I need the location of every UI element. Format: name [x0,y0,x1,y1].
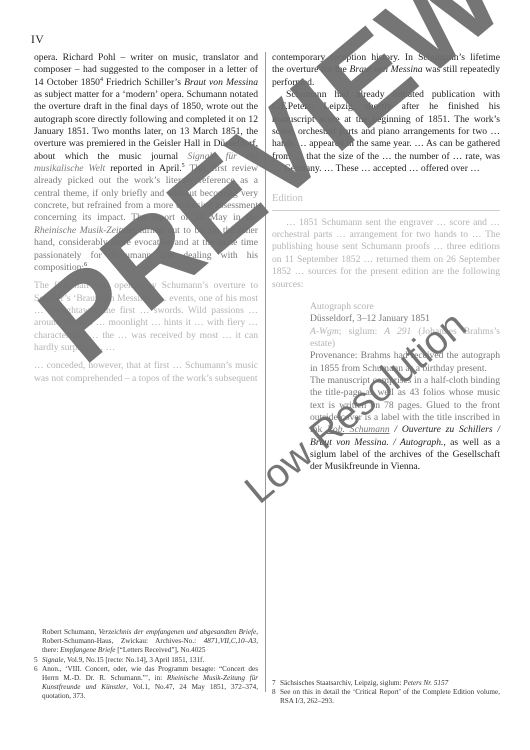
left-column: opera. Richard Pohl – writer on music, t… [34,52,258,385]
journal-title: Rheinische Musik-Zeitung [34,225,136,236]
paragraph: Schumann had already initiated publicati… [272,89,500,175]
work-title: Braut von Messina [349,64,422,75]
source-description: Autograph score Düsseldorf, 3–12 January… [310,301,500,474]
source-description-text: The manuscript comprises in a half-cloth… [310,375,500,474]
footnotes-right: 7 Sächsisches Staatsarchiv, Leipzig, sig… [272,679,500,707]
footnote-ref[interactable]: 6 [84,262,87,268]
source-siglum: A-Wgm; siglum: A 291 (Johannes Brahms’s … [310,326,500,351]
right-column: contemporary reception history. In Schum… [272,52,500,474]
footnote: 8 See on this in detail the ‘Critical Re… [272,688,500,706]
paragraph: contemporary reception history. In Schum… [272,52,500,89]
footnote: 5 Signale, Vol.9, No.15 [recte: No.14], … [34,656,258,665]
source-date: Düsseldorf, 3–12 January 1851 [310,313,500,325]
paragraph: … conceded, however, that at first … Sch… [34,360,258,385]
column-divider [265,52,266,692]
paragraph: … 1851 Schumann sent the engraver … scor… [272,217,500,291]
source-provenance: Provenance: Brahms had received the auto… [310,350,500,375]
page-number: IV [31,34,44,46]
footnote: 7 Sächsisches Staatsarchiv, Leipzig, sig… [272,679,500,688]
work-title: Braut von Messina [184,77,258,88]
footnote: 6 Anon., ‘VIII. Concert, oder, wie das P… [34,665,258,702]
source-label: Autograph score [310,301,500,313]
paragraph: The first half was opened by Schumann’s … [34,280,258,354]
footnote: Robert Schumann, Verzeichnis der empfang… [34,628,258,656]
footnotes-left: Robert Schumann, Verzeichnis der empfang… [34,628,258,702]
section-heading: Edition [272,193,500,210]
paragraph: opera. Richard Pohl – writer on music, t… [34,52,258,274]
